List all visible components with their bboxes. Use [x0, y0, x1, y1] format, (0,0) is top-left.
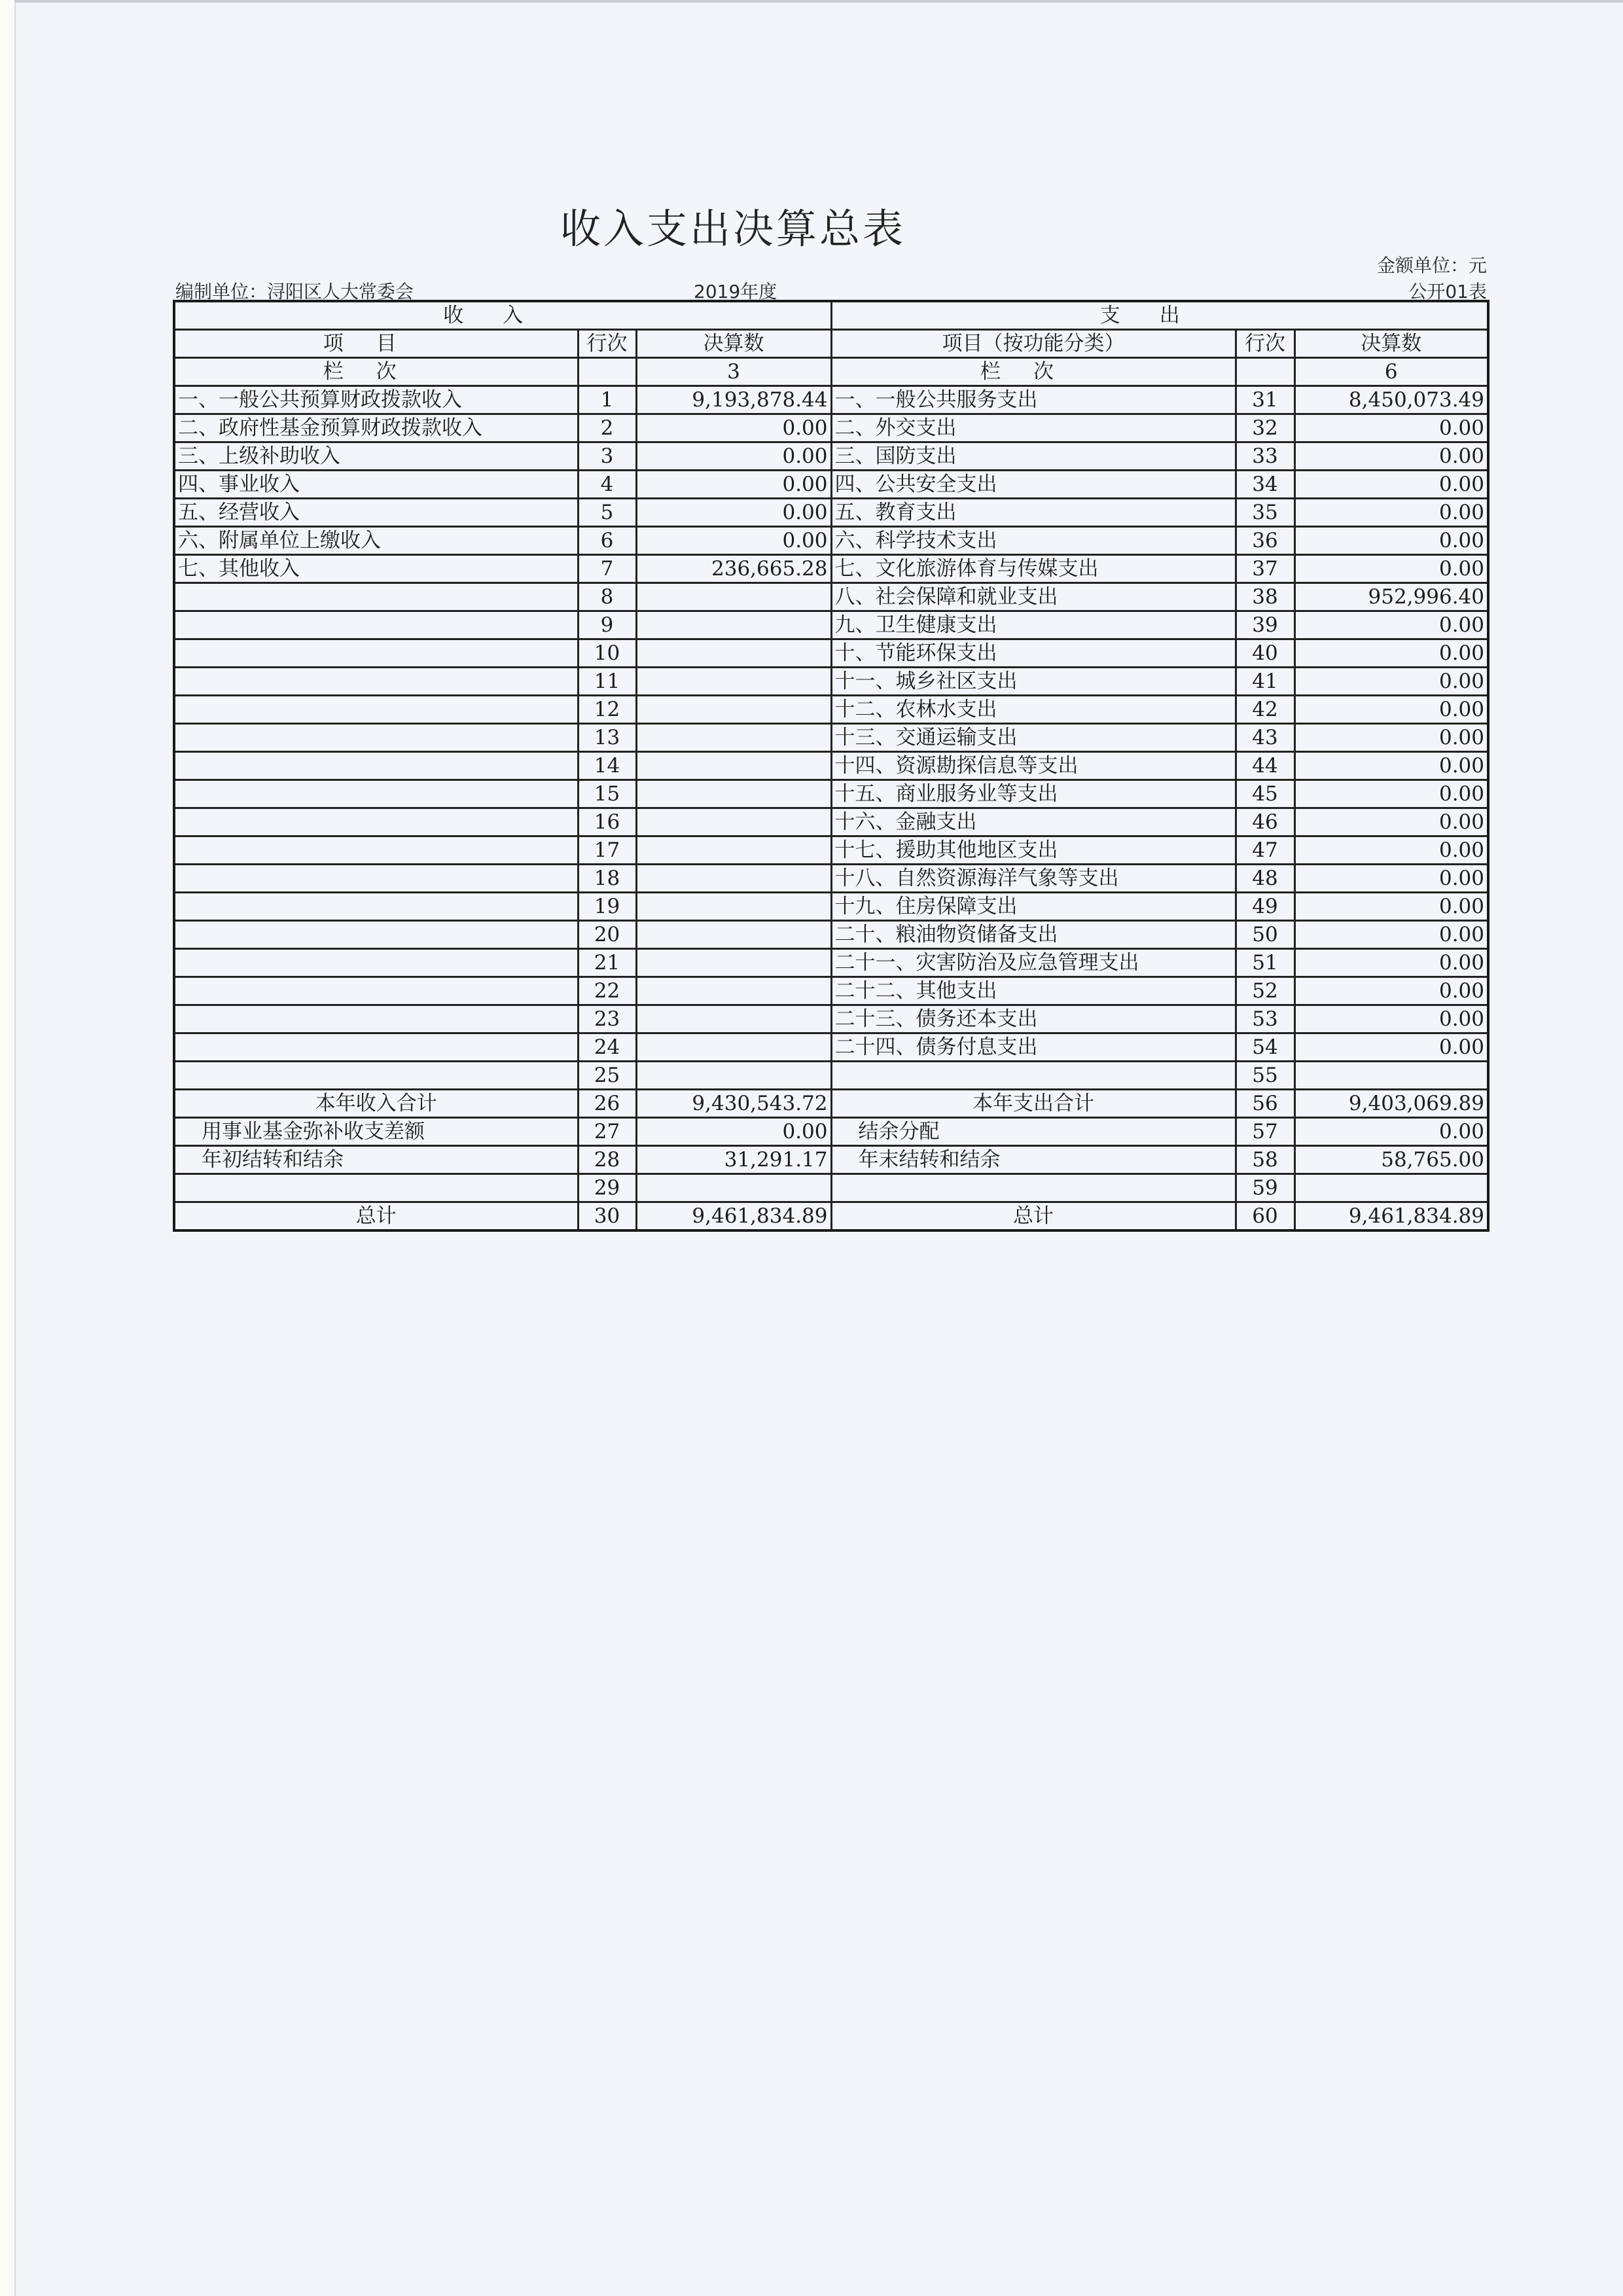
- income-item: [174, 611, 578, 639]
- scan-edge: [0, 0, 16, 2296]
- expense-amount: 0.00: [1294, 1118, 1488, 1146]
- income-item: 用事业基金弥补收支差额: [174, 1118, 578, 1146]
- income-item: 年初结转和结余: [174, 1146, 578, 1174]
- total-row: 总计309,461,834.89总计609,461,834.89: [174, 1202, 1488, 1231]
- expense-line-no-header: 行次: [1236, 330, 1294, 358]
- income-amount: [636, 865, 831, 893]
- expense-line-no: 39: [1236, 611, 1294, 639]
- income-line-no: 22: [578, 977, 636, 1005]
- income-line-no: 4: [578, 471, 636, 499]
- expense-amount: 9,461,834.89: [1294, 1202, 1488, 1231]
- expense-amount: 58,765.00: [1294, 1146, 1488, 1174]
- expense-line-no: 46: [1236, 808, 1294, 836]
- expense-amount: 0.00: [1294, 921, 1488, 949]
- expense-line-no: 50: [1236, 921, 1294, 949]
- expense-item: 十九、住房保障支出: [831, 893, 1236, 921]
- expense-line-no: 47: [1236, 836, 1294, 865]
- income-line-no: 5: [578, 499, 636, 527]
- income-item: [174, 752, 578, 780]
- income-item: [174, 836, 578, 865]
- expense-line-no: 40: [1236, 639, 1294, 668]
- expense-item: [831, 1174, 1236, 1202]
- income-amount: 0.00: [636, 471, 831, 499]
- expense-amount: 0.00: [1294, 836, 1488, 865]
- expense-amount: 9,403,069.89: [1294, 1090, 1488, 1118]
- income-amount: 236,665.28: [636, 555, 831, 583]
- expense-amount: 0.00: [1294, 977, 1488, 1005]
- expense-index-label: 栏次: [831, 358, 1236, 386]
- income-amount: [636, 752, 831, 780]
- expense-amount: 0.00: [1294, 949, 1488, 977]
- income-amount: [636, 949, 831, 977]
- income-amount: [636, 639, 831, 668]
- scan-top-edge: [14, 0, 1623, 3]
- expense-amount: 0.00: [1294, 724, 1488, 752]
- income-amount: 9,193,878.44: [636, 386, 831, 414]
- expense-item: 年末结转和结余: [831, 1146, 1236, 1174]
- income-item: 七、其他收入: [174, 555, 578, 583]
- income-amount: [636, 611, 831, 639]
- expense-item: 本年支出合计: [831, 1090, 1236, 1118]
- income-line-no: 14: [578, 752, 636, 780]
- table-row: 五、经营收入50.00五、教育支出350.00: [174, 499, 1488, 527]
- expense-amount: 952,996.40: [1294, 583, 1488, 611]
- income-amount: 0.00: [636, 527, 831, 555]
- expense-item: 七、文化旅游体育与传媒支出: [831, 555, 1236, 583]
- table-row: 18十八、自然资源海洋气象等支出480.00: [174, 865, 1488, 893]
- expense-amount: 0.00: [1294, 668, 1488, 696]
- expense-item: 十五、商业服务业等支出: [831, 780, 1236, 808]
- expense-line-no: 44: [1236, 752, 1294, 780]
- expense-amount: 0.00: [1294, 752, 1488, 780]
- expense-line-no: 37: [1236, 555, 1294, 583]
- expense-item: 结余分配: [831, 1118, 1236, 1146]
- income-line-no: 25: [578, 1062, 636, 1090]
- expense-item: 五、教育支出: [831, 499, 1236, 527]
- expense-amount: 0.00: [1294, 611, 1488, 639]
- income-item: [174, 1062, 578, 1090]
- table-row: 三、上级补助收入30.00三、国防支出330.00: [174, 442, 1488, 471]
- income-amount: 0.00: [636, 499, 831, 527]
- income-amount: 0.00: [636, 414, 831, 442]
- table-row: 14十四、资源勘探信息等支出440.00: [174, 752, 1488, 780]
- expense-line-no: 58: [1236, 1146, 1294, 1174]
- expense-item: 二十一、灾害防治及应急管理支出: [831, 949, 1236, 977]
- expense-item: 十六、金融支出: [831, 808, 1236, 836]
- income-amount: [636, 1033, 831, 1062]
- expense-amount: 0.00: [1294, 808, 1488, 836]
- expense-line-no: 38: [1236, 583, 1294, 611]
- expense-item: 二十、粮油物资储备支出: [831, 921, 1236, 949]
- expense-line-no: 59: [1236, 1174, 1294, 1202]
- expense-line-no: 60: [1236, 1202, 1294, 1231]
- income-item: [174, 696, 578, 724]
- income-item: [174, 977, 578, 1005]
- table-row: 17十七、援助其他地区支出470.00: [174, 836, 1488, 865]
- expense-item: 总计: [831, 1202, 1236, 1231]
- income-amount: 31,291.17: [636, 1146, 831, 1174]
- expense-line-no: 31: [1236, 386, 1294, 414]
- income-line-no: 21: [578, 949, 636, 977]
- expense-line-no: 56: [1236, 1090, 1294, 1118]
- expense-line-no: 33: [1236, 442, 1294, 471]
- expense-amount-header: 决算数: [1294, 330, 1488, 358]
- section-header-row: 收入 支出: [174, 301, 1488, 330]
- expense-line-no: 42: [1236, 696, 1294, 724]
- income-item: [174, 1005, 578, 1033]
- income-line-no: 18: [578, 865, 636, 893]
- income-item: 本年收入合计: [174, 1090, 578, 1118]
- expense-item: 一、一般公共服务支出: [831, 386, 1236, 414]
- expense-item-header: 项目（按功能分类）: [831, 330, 1236, 358]
- income-line-no: 16: [578, 808, 636, 836]
- income-amount: [636, 1005, 831, 1033]
- income-amount: [636, 780, 831, 808]
- expense-item: 二十二、其他支出: [831, 977, 1236, 1005]
- expense-amount: 0.00: [1294, 414, 1488, 442]
- income-index-value: 3: [636, 358, 831, 386]
- income-line-no: 1: [578, 386, 636, 414]
- total-row: 本年收入合计269,430,543.72本年支出合计569,403,069.89: [174, 1090, 1488, 1118]
- income-line-no: 3: [578, 442, 636, 471]
- income-amount: [636, 921, 831, 949]
- table-row: 21二十一、灾害防治及应急管理支出510.00: [174, 949, 1488, 977]
- income-item: [174, 893, 578, 921]
- income-item: [174, 780, 578, 808]
- expense-amount: 0.00: [1294, 639, 1488, 668]
- table-row: 10十、节能环保支出400.00: [174, 639, 1488, 668]
- table-row: 19十九、住房保障支出490.00: [174, 893, 1488, 921]
- table-row: 16十六、金融支出460.00: [174, 808, 1488, 836]
- income-amount: [636, 893, 831, 921]
- table-row: 2555: [174, 1062, 1488, 1090]
- income-line-no: 12: [578, 696, 636, 724]
- expense-line-no: 48: [1236, 865, 1294, 893]
- income-item: [174, 921, 578, 949]
- expense-line-no: 35: [1236, 499, 1294, 527]
- expense-amount: 0.00: [1294, 780, 1488, 808]
- column-header-row: 项目 行次 决算数 项目（按功能分类） 行次 决算数: [174, 330, 1488, 358]
- income-amount: [636, 808, 831, 836]
- expense-line-no: 32: [1236, 414, 1294, 442]
- income-index-label: 栏次: [174, 358, 578, 386]
- table-row: 六、附属单位上缴收入60.00六、科学技术支出360.00: [174, 527, 1488, 555]
- income-line-no: 26: [578, 1090, 636, 1118]
- income-line-no: 27: [578, 1118, 636, 1146]
- expense-amount: 0.00: [1294, 471, 1488, 499]
- income-line-no: 30: [578, 1202, 636, 1231]
- expense-line-no: 45: [1236, 780, 1294, 808]
- income-line-no: 29: [578, 1174, 636, 1202]
- income-item: [174, 724, 578, 752]
- income-line-no: 7: [578, 555, 636, 583]
- expense-amount: 0.00: [1294, 1005, 1488, 1033]
- expense-item: 十四、资源勘探信息等支出: [831, 752, 1236, 780]
- income-item: [174, 949, 578, 977]
- expense-item: 二、外交支出: [831, 414, 1236, 442]
- expense-item: 二十三、债务还本支出: [831, 1005, 1236, 1033]
- expense-line-no: 53: [1236, 1005, 1294, 1033]
- income-line-no: 24: [578, 1033, 636, 1062]
- income-amount: [636, 724, 831, 752]
- expense-amount: 0.00: [1294, 499, 1488, 527]
- table-row: 13十三、交通运输支出430.00: [174, 724, 1488, 752]
- table-row: 24二十四、债务付息支出540.00: [174, 1033, 1488, 1062]
- income-line-no: 19: [578, 893, 636, 921]
- expense-line-no: 57: [1236, 1118, 1294, 1146]
- expense-line-no: 51: [1236, 949, 1294, 977]
- income-amount-header: 决算数: [636, 330, 831, 358]
- income-amount: [636, 1062, 831, 1090]
- income-line-no-header: 行次: [578, 330, 636, 358]
- table-row: 11十一、城乡社区支出410.00: [174, 668, 1488, 696]
- income-line-no: 9: [578, 611, 636, 639]
- table-row: 四、事业收入40.00四、公共安全支出340.00: [174, 471, 1488, 499]
- income-line-no: 28: [578, 1146, 636, 1174]
- income-item: 五、经营收入: [174, 499, 578, 527]
- income-line-no: 11: [578, 668, 636, 696]
- table-row: 七、其他收入7236,665.28七、文化旅游体育与传媒支出370.00: [174, 555, 1488, 583]
- income-item-header: 项目: [174, 330, 578, 358]
- income-amount: [636, 583, 831, 611]
- expense-item: 八、社会保障和就业支出: [831, 583, 1236, 611]
- expense-line-no: 52: [1236, 977, 1294, 1005]
- table-row: 23二十三、债务还本支出530.00: [174, 1005, 1488, 1033]
- income-item: 二、政府性基金预算财政拨款收入: [174, 414, 578, 442]
- income-section-header: 收入: [174, 301, 831, 330]
- expense-index-value: 6: [1294, 358, 1488, 386]
- income-amount: [636, 977, 831, 1005]
- expense-amount: 0.00: [1294, 1033, 1488, 1062]
- income-item: 四、事业收入: [174, 471, 578, 499]
- expense-amount: [1294, 1174, 1488, 1202]
- income-line-no: 10: [578, 639, 636, 668]
- expense-item: 十三、交通运输支出: [831, 724, 1236, 752]
- income-amount: [636, 668, 831, 696]
- table-row: 2959: [174, 1174, 1488, 1202]
- income-amount: [636, 1174, 831, 1202]
- table-row: 一、一般公共预算财政拨款收入19,193,878.44一、一般公共服务支出318…: [174, 386, 1488, 414]
- income-item: 一、一般公共预算财政拨款收入: [174, 386, 578, 414]
- income-line-no: 6: [578, 527, 636, 555]
- expense-line-no: 34: [1236, 471, 1294, 499]
- income-amount: [636, 696, 831, 724]
- column-index-row: 栏次 3 栏次 6: [174, 358, 1488, 386]
- expense-item: 十二、农林水支出: [831, 696, 1236, 724]
- income-amount: 0.00: [636, 442, 831, 471]
- expense-line-no: 41: [1236, 668, 1294, 696]
- expense-item: 十八、自然资源海洋气象等支出: [831, 865, 1236, 893]
- income-item: 六、附属单位上缴收入: [174, 527, 578, 555]
- table-row: 20二十、粮油物资储备支出500.00: [174, 921, 1488, 949]
- income-line-no: 23: [578, 1005, 636, 1033]
- expense-index-blank: [1236, 358, 1294, 386]
- income-line-no: 20: [578, 921, 636, 949]
- income-line-no: 17: [578, 836, 636, 865]
- expense-item: 三、国防支出: [831, 442, 1236, 471]
- income-item: [174, 583, 578, 611]
- expense-item: 十一、城乡社区支出: [831, 668, 1236, 696]
- income-item: 三、上级补助收入: [174, 442, 578, 471]
- income-item: [174, 639, 578, 668]
- income-item: [174, 1033, 578, 1062]
- income-amount: 9,461,834.89: [636, 1202, 831, 1231]
- income-item: 总计: [174, 1202, 578, 1231]
- income-line-no: 2: [578, 414, 636, 442]
- income-expense-table: 收入 支出 项目 行次 决算数 项目（按功能分类） 行次 决算数 栏次 3 栏次…: [173, 300, 1489, 1232]
- expense-item: 十、节能环保支出: [831, 639, 1236, 668]
- table-row: 年初结转和结余2831,291.17年末结转和结余5858,765.00: [174, 1146, 1488, 1174]
- expense-line-no: 55: [1236, 1062, 1294, 1090]
- expense-amount: 8,450,073.49: [1294, 386, 1488, 414]
- expense-item: 二十四、债务付息支出: [831, 1033, 1236, 1062]
- expense-item: [831, 1062, 1236, 1090]
- expense-line-no: 36: [1236, 527, 1294, 555]
- income-line-no: 15: [578, 780, 636, 808]
- expense-item: 九、卫生健康支出: [831, 611, 1236, 639]
- table-row: 9九、卫生健康支出390.00: [174, 611, 1488, 639]
- expense-amount: 0.00: [1294, 893, 1488, 921]
- table-row: 8八、社会保障和就业支出38952,996.40: [174, 583, 1488, 611]
- income-item: [174, 865, 578, 893]
- expense-amount: 0.00: [1294, 555, 1488, 583]
- income-line-no: 13: [578, 724, 636, 752]
- income-index-blank: [578, 358, 636, 386]
- expense-amount: 0.00: [1294, 865, 1488, 893]
- table-row: 二、政府性基金预算财政拨款收入20.00二、外交支出320.00: [174, 414, 1488, 442]
- page-title: 收入支出决算总表: [0, 196, 1466, 255]
- table-row: 22二十二、其他支出520.00: [174, 977, 1488, 1005]
- income-item: [174, 668, 578, 696]
- table-row: 12十二、农林水支出420.00: [174, 696, 1488, 724]
- expense-amount: 0.00: [1294, 442, 1488, 471]
- expense-amount: [1294, 1062, 1488, 1090]
- income-item: [174, 1174, 578, 1202]
- income-amount: 9,430,543.72: [636, 1090, 831, 1118]
- income-item: [174, 808, 578, 836]
- expense-line-no: 49: [1236, 893, 1294, 921]
- income-amount: [636, 836, 831, 865]
- expense-amount: 0.00: [1294, 527, 1488, 555]
- expense-line-no: 54: [1236, 1033, 1294, 1062]
- expense-amount: 0.00: [1294, 696, 1488, 724]
- expense-item: 十七、援助其他地区支出: [831, 836, 1236, 865]
- expense-item: 四、公共安全支出: [831, 471, 1236, 499]
- expense-line-no: 43: [1236, 724, 1294, 752]
- table-row: 15十五、商业服务业等支出450.00: [174, 780, 1488, 808]
- table-row: 用事业基金弥补收支差额270.00结余分配570.00: [174, 1118, 1488, 1146]
- expense-item: 六、科学技术支出: [831, 527, 1236, 555]
- expense-section-header: 支出: [831, 301, 1488, 330]
- amount-unit: 金额单位：元: [1377, 251, 1487, 278]
- income-amount: 0.00: [636, 1118, 831, 1146]
- income-line-no: 8: [578, 583, 636, 611]
